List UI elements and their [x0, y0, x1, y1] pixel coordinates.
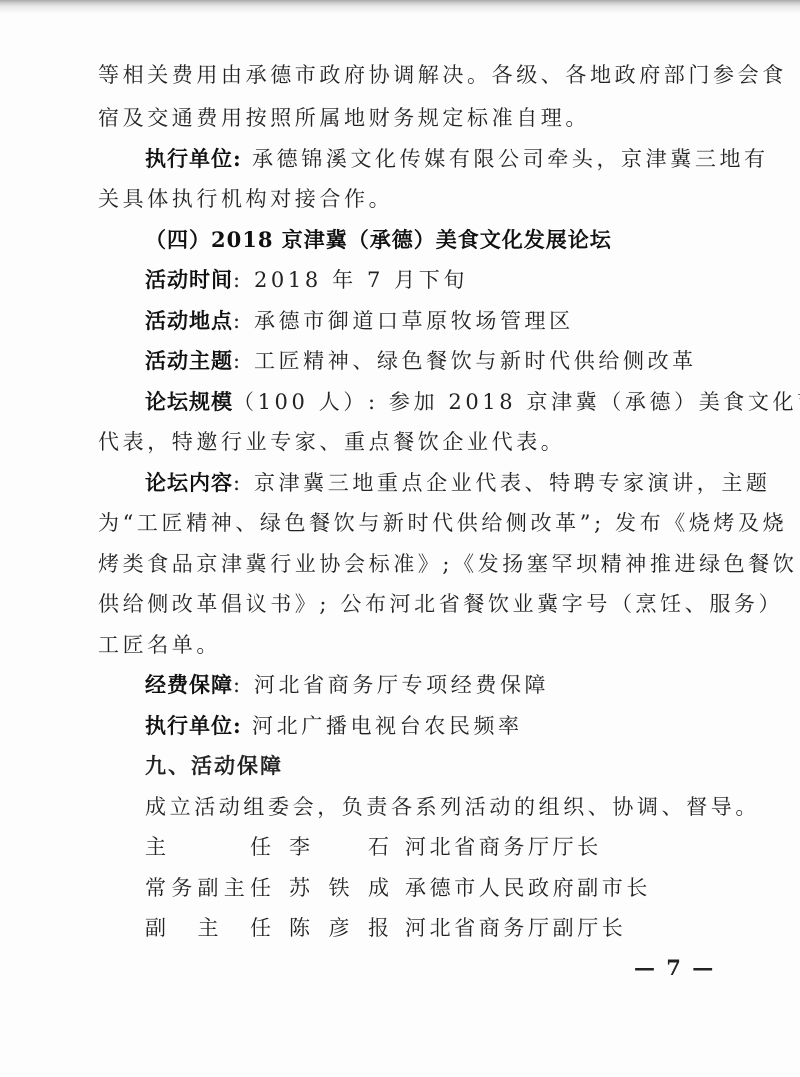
char: 石 [368, 827, 389, 868]
roster-title: 主 任 [145, 827, 271, 868]
funding-value: : 河北省商务厅专项经费保障 [233, 673, 549, 697]
activity-theme-line: 活动主题: 工匠精神、绿色餐饮与新时代供给侧改革 [98, 341, 702, 382]
char: 任 [250, 868, 271, 909]
char: 铁 [329, 868, 350, 909]
funding-line: 经费保障: 河北省商务厅专项经费保障 [98, 665, 702, 706]
roster-name: 李 石 [289, 827, 389, 868]
paragraph-line: 供给侧改革倡议书》; 公布河北省餐饮业冀字号（烹饪、服务） [98, 584, 702, 625]
text: 工匠名单。 [98, 633, 221, 657]
text: 为“工匠精神、绿色餐饮与新时代供给侧改革”; 发布《烧烤及烧 [98, 511, 787, 535]
exec-unit-line: 执行单位: 承德锦溪文化传媒有限公司牵头，京津冀三地有 [98, 139, 702, 180]
forum-scale-value: （100 人）: 参加 2018 京津冀（承德）美食文化节 [233, 390, 800, 414]
char: 苏 [289, 868, 310, 909]
paragraph-line: 关具体执行机构对接合作。 [98, 179, 702, 220]
text: 成立活动组委会，负责各系列活动的组织、协调、督导。 [145, 795, 760, 819]
exec-unit-line-2: 执行单位: 河北广播电视台农民频率 [98, 706, 702, 747]
char: 主 [198, 908, 219, 949]
text: 关具体执行机构对接合作。 [98, 187, 393, 211]
char: 务 [171, 868, 192, 909]
activity-place-label: 活动地点 [145, 308, 233, 333]
roster-name: 陈 彦 报 [289, 908, 389, 949]
text: 等相关费用由承德市政府协调解决。各级、各地政府部门参会食 [98, 63, 787, 87]
paragraph-line: 烤类食品京津冀行业协会标准》;《发扬塞罕坝精神推进绿色餐饮 [98, 544, 702, 585]
char: 副 [198, 868, 219, 909]
document-page: 等相关费用由承德市政府协调解决。各级、各地政府部门参会食 宿及交通费用按照所属地… [98, 52, 702, 949]
activity-theme-value: : 工匠精神、绿色餐饮与新时代供给侧改革 [233, 349, 697, 373]
char: 常 [145, 868, 166, 909]
page-number: — 7 — [634, 955, 715, 980]
activity-place-value: : 承德市御道口草原牧场管理区 [233, 309, 574, 333]
char: 报 [368, 908, 389, 949]
roster-position: 承德市人民政府副市长 [405, 868, 651, 909]
text: 代表，特邀行业专家、重点餐饮企业代表。 [98, 430, 565, 454]
activity-time-value: : 2018 年 7 月下旬 [233, 268, 468, 292]
viewer-top-shadow [0, 0, 800, 14]
roster-row: 常 务 副 主 任 苏 铁 成 承德市人民政府副市长 [98, 868, 702, 909]
forum-content-label: 论坛内容 [145, 470, 233, 495]
heading-text: （四）2018 京津冀（承德）美食文化发展论坛 [145, 227, 612, 252]
char: 陈 [289, 908, 310, 949]
char: 任 [250, 908, 271, 949]
forum-scale-label: 论坛规模 [145, 389, 233, 414]
exec-unit-label: 执行单位: [145, 146, 242, 171]
paragraph-line: 等相关费用由承德市政府协调解决。各级、各地政府部门参会食 [98, 52, 702, 98]
section-title-text: 九、活动保障 [145, 754, 283, 778]
activity-time-label: 活动时间 [145, 267, 233, 292]
section-nine-intro: 成立活动组委会，负责各系列活动的组织、协调、督导。 [98, 787, 702, 828]
roster-position: 河北省商务厅厅长 [405, 827, 602, 868]
char: 主 [224, 868, 245, 909]
forum-content-value: : 京津冀三地重点企业代表、特聘专家演讲，主题 [233, 471, 771, 495]
roster-title: 常 务 副 主 任 [145, 868, 271, 909]
char: 主 [145, 827, 166, 868]
forum-content-line: 论坛内容: 京津冀三地重点企业代表、特聘专家演讲，主题 [98, 463, 702, 504]
funding-label: 经费保障 [145, 672, 233, 697]
exec-unit-value-2: 河北广播电视台农民频率 [242, 714, 523, 738]
section-nine-title: 九、活动保障 [98, 746, 702, 787]
activity-place-line: 活动地点: 承德市御道口草原牧场管理区 [98, 301, 702, 342]
activity-time-line: 活动时间: 2018 年 7 月下旬 [98, 260, 702, 301]
forum-scale-line: 论坛规模（100 人）: 参加 2018 京津冀（承德）美食文化节 [98, 382, 702, 423]
roster-row: 主 任 李 石 河北省商务厅厅长 [98, 827, 702, 868]
char: 副 [145, 908, 166, 949]
text: 烤类食品京津冀行业协会标准》;《发扬塞罕坝精神推进绿色餐饮 [98, 552, 797, 576]
paragraph-line: 代表，特邀行业专家、重点餐饮企业代表。 [98, 422, 702, 463]
roster-name: 苏 铁 成 [289, 868, 389, 909]
subsection-heading: （四）2018 京津冀（承德）美食文化发展论坛 [98, 220, 702, 261]
activity-theme-label: 活动主题 [145, 348, 233, 373]
char: 李 [289, 827, 310, 868]
text: 宿及交通费用按照所属地财务规定标准自理。 [98, 106, 590, 130]
char: 任 [250, 827, 271, 868]
paragraph-line: 为“工匠精神、绿色餐饮与新时代供给侧改革”; 发布《烧烤及烧 [98, 503, 702, 544]
char: 成 [368, 868, 389, 909]
roster-position: 河北省商务厅副厅长 [405, 908, 626, 949]
text: 供给侧改革倡议书》; 公布河北省餐饮业冀字号（烹饪、服务） [98, 592, 783, 616]
paragraph-line: 宿及交通费用按照所属地财务规定标准自理。 [98, 98, 702, 139]
roster-row: 副 主 任 陈 彦 报 河北省商务厅副厅长 [98, 908, 702, 949]
exec-unit-value: 承德锦溪文化传媒有限公司牵头，京津冀三地有 [252, 147, 769, 171]
char: 彦 [329, 908, 350, 949]
paragraph-line: 工匠名单。 [98, 625, 702, 666]
roster-title: 副 主 任 [145, 908, 271, 949]
exec-unit-label-2: 执行单位: [145, 713, 242, 738]
